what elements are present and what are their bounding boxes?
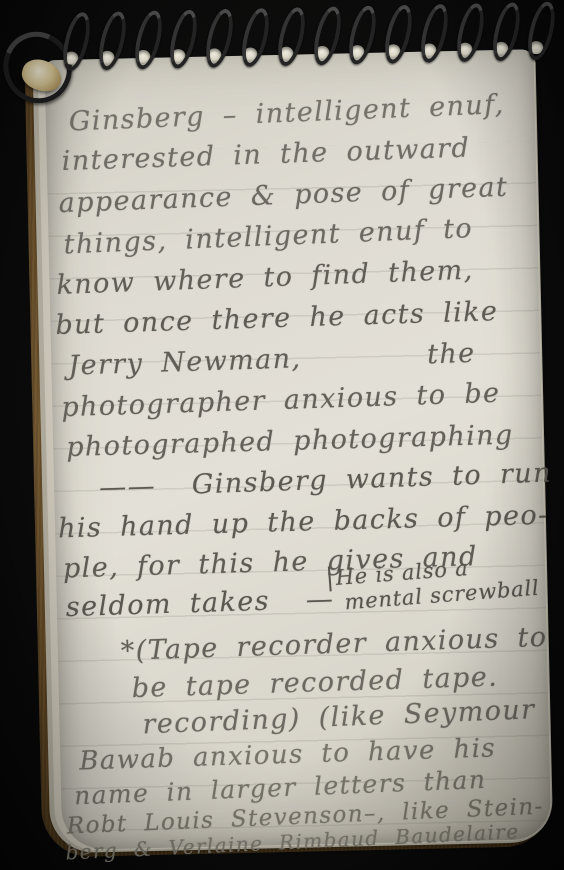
photo-scene: Ginsberg – intelligent enuf,interested i… <box>0 0 564 870</box>
handwritten-line: interested in the outward <box>61 133 470 178</box>
spiral-notebook: Ginsberg – intelligent enuf,interested i… <box>0 0 564 870</box>
spiral-loop-icon <box>416 2 453 66</box>
handwriting-layer: Ginsberg – intelligent enuf,interested i… <box>0 0 564 870</box>
spiral-loop-icon <box>345 3 382 67</box>
spiral-loop-icon <box>524 0 561 63</box>
spiral-loop-icon <box>94 9 131 73</box>
spiral-loop-icon <box>201 6 238 70</box>
handwritten-line: Jerry Newman, the <box>68 338 476 382</box>
handwritten-line: but once there he acts like <box>55 296 499 341</box>
spiral-loop-icon <box>452 1 489 65</box>
spiral-loop-icon <box>309 4 346 68</box>
spiral-loop-icon <box>166 7 203 71</box>
handwritten-line: *(Tape recorder anxious to <box>120 622 548 667</box>
handwritten-line: photographer anxious to be <box>61 378 501 424</box>
spiral-loop-icon <box>488 0 525 64</box>
handwritten-line: seldom takes — <box>65 584 334 623</box>
spiral-loop-icon <box>130 8 167 72</box>
handwritten-line: know where to find them, <box>56 255 474 301</box>
photo-background: { "notebook": { "type": "spiral-notepad-… <box>0 0 564 870</box>
spiral-loop-icon <box>380 2 417 66</box>
handwritten-line: —— Ginsberg wants to run <box>99 458 553 504</box>
spiral-binding <box>0 0 556 96</box>
spiral-loop-icon <box>58 10 95 74</box>
handwritten-line: Ginsberg – intelligent enuf, <box>68 89 505 137</box>
spiral-loop-icon <box>237 6 274 70</box>
handwritten-line: things, intelligent enuf to <box>63 213 474 260</box>
handwritten-line: photographed photographing <box>66 420 514 463</box>
handwritten-line: appearance & pose of great <box>58 172 509 219</box>
spiral-loop-icon <box>273 5 310 69</box>
handwritten-line: his hand up the backs of peo- <box>58 500 549 545</box>
